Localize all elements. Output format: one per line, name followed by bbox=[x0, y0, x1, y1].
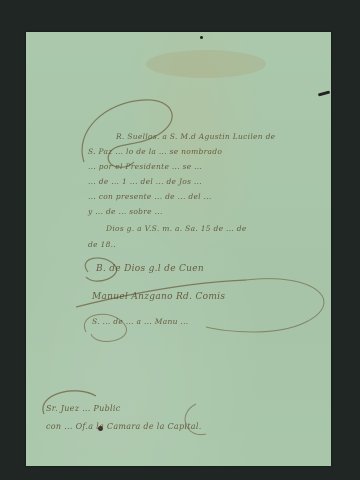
paper-stain bbox=[146, 50, 266, 78]
body-line-7: Dios g. a V.S. m. a. Sa. 15 de ... de bbox=[106, 224, 247, 233]
signature-line-1: B. de Dios g.l de Cuen bbox=[96, 264, 204, 274]
manuscript-page: R. Suellos. a S. M.d Agustin Lucilen de … bbox=[26, 32, 331, 466]
body-line-4: ... de ... 1 ... del ... de Jos ... bbox=[88, 177, 202, 186]
ink-speck bbox=[200, 36, 203, 39]
body-line-1: R. Suellos. a S. M.d Agustin Lucilen de bbox=[116, 132, 275, 141]
ink-smudge bbox=[318, 90, 330, 96]
body-line-6: y ... de ... sobre ... bbox=[88, 207, 163, 216]
footer-flourish bbox=[36, 384, 236, 444]
signature-line-3: S. ... de ... a ... Manu ... bbox=[92, 317, 188, 326]
body-line-8: de 18.. bbox=[88, 240, 116, 249]
body-line-2: S. Paz ... lo de la ... se nombrado bbox=[88, 147, 222, 156]
body-line-3: ... por el Presidente ... se ... bbox=[88, 162, 202, 171]
signature-line-2: Manuel Anzgano Rd. Comis bbox=[92, 292, 225, 302]
footer-line-2: con ... Of.a la Camara de la Capital. bbox=[46, 422, 202, 431]
footer-line-1: Sr. Juez ... Public bbox=[46, 404, 121, 413]
body-line-5: ... con presente ... de ... del ... bbox=[88, 192, 212, 201]
